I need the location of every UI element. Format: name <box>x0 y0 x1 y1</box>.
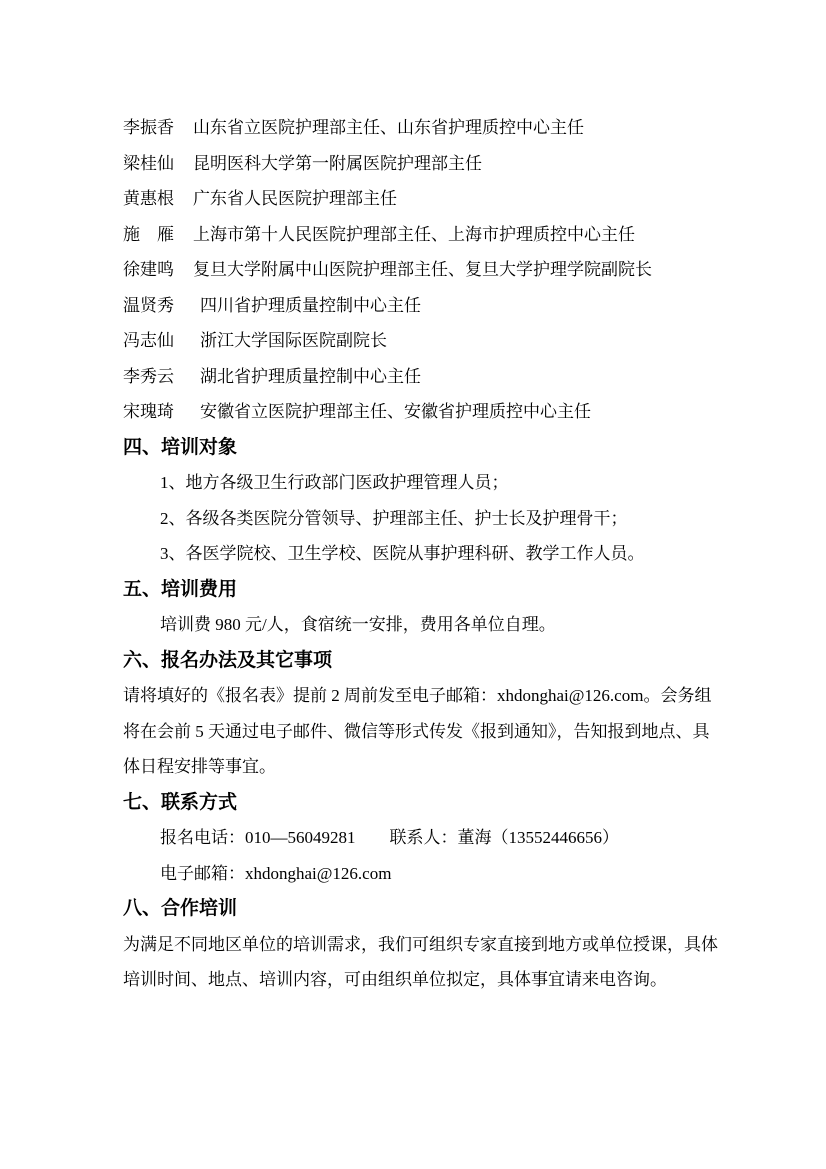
expert-title: 复旦大学附属中山医院护理部主任、复旦大学护理学院副院长 <box>193 252 652 288</box>
registration-paragraph-line: 请将填好的《报名表》提前 2 周前发至电子邮箱：xhdonghai@126.co… <box>123 678 723 714</box>
expert-title: 湖北省护理质量控制中心主任 <box>200 359 421 395</box>
registration-paragraph-line: 体日程安排等事宜。 <box>123 749 723 785</box>
document-content: 李振香 山东省立医院护理部主任、山东省护理质控中心主任 梁桂仙 昆明医科大学第一… <box>123 110 723 998</box>
cooperative-training-paragraph-line: 培训时间、地点、培训内容，可由组织单位拟定，具体事宜请来电咨询。 <box>123 962 723 998</box>
expert-row: 施 雁 上海市第十人民医院护理部主任、上海市护理质控中心主任 <box>123 217 723 253</box>
expert-row: 宋瑰琦 安徽省立医院护理部主任、安徽省护理质控中心主任 <box>123 394 723 430</box>
expert-row: 徐建鸣 复旦大学附属中山医院护理部主任、复旦大学护理学院副院长 <box>123 252 723 288</box>
section-heading-contact: 七、联系方式 <box>123 785 723 821</box>
list-item-training-target-3: 3、各医学院校、卫生学校、医院从事护理科研、教学工作人员。 <box>123 536 723 572</box>
expert-title: 山东省立医院护理部主任、山东省护理质控中心主任 <box>193 110 584 146</box>
expert-name: 黄惠根 <box>123 181 193 217</box>
section-heading-registration: 六、报名办法及其它事项 <box>123 643 723 679</box>
expert-name: 温贤秀 <box>123 288 193 324</box>
expert-row: 冯志仙 浙江大学国际医院副院长 <box>123 323 723 359</box>
section-heading-training-targets: 四、培训对象 <box>123 430 723 466</box>
list-item-training-target-2: 2、各级各类医院分管领导、护理部主任、护士长及护理骨干； <box>123 501 723 537</box>
expert-name: 徐建鸣 <box>123 252 193 288</box>
contact-email-line: 电子邮箱：xhdonghai@126.com <box>123 856 723 892</box>
expert-name: 冯志仙 <box>123 323 193 359</box>
list-item-training-target-1: 1、地方各级卫生行政部门医政护理管理人员； <box>123 465 723 501</box>
expert-name: 李振香 <box>123 110 193 146</box>
expert-row: 黄惠根 广东省人民医院护理部主任 <box>123 181 723 217</box>
expert-title: 上海市第十人民医院护理部主任、上海市护理质控中心主任 <box>193 217 635 253</box>
expert-title: 广东省人民医院护理部主任 <box>193 181 397 217</box>
expert-title: 四川省护理质量控制中心主任 <box>200 288 421 324</box>
expert-row: 梁桂仙 昆明医科大学第一附属医院护理部主任 <box>123 146 723 182</box>
expert-title: 安徽省立医院护理部主任、安徽省护理质控中心主任 <box>200 394 591 430</box>
expert-row: 温贤秀 四川省护理质量控制中心主任 <box>123 288 723 324</box>
expert-row: 李振香 山东省立医院护理部主任、山东省护理质控中心主任 <box>123 110 723 146</box>
contact-phone-line: 报名电话：010—56049281 联系人：董海（13552446656） <box>123 820 723 856</box>
cooperative-training-paragraph-line: 为满足不同地区单位的培训需求，我们可组织专家直接到地方或单位授课，具体 <box>123 927 723 963</box>
training-fee-text: 培训费 980 元/人，食宿统一安排，费用各单位自理。 <box>123 607 723 643</box>
expert-row: 李秀云 湖北省护理质量控制中心主任 <box>123 359 723 395</box>
expert-title: 浙江大学国际医院副院长 <box>200 323 387 359</box>
section-heading-training-fee: 五、培训费用 <box>123 572 723 608</box>
expert-name: 梁桂仙 <box>123 146 193 182</box>
document-page: 李振香 山东省立医院护理部主任、山东省护理质控中心主任 梁桂仙 昆明医科大学第一… <box>0 0 826 1169</box>
section-heading-cooperative-training: 八、合作培训 <box>123 891 723 927</box>
expert-name: 宋瑰琦 <box>123 394 193 430</box>
expert-title: 昆明医科大学第一附属医院护理部主任 <box>193 146 482 182</box>
expert-name: 李秀云 <box>123 359 193 395</box>
expert-name: 施 雁 <box>123 217 193 253</box>
registration-paragraph-line: 将在会前 5 天通过电子邮件、微信等形式传发《报到通知》，告知报到地点、具 <box>123 714 723 750</box>
